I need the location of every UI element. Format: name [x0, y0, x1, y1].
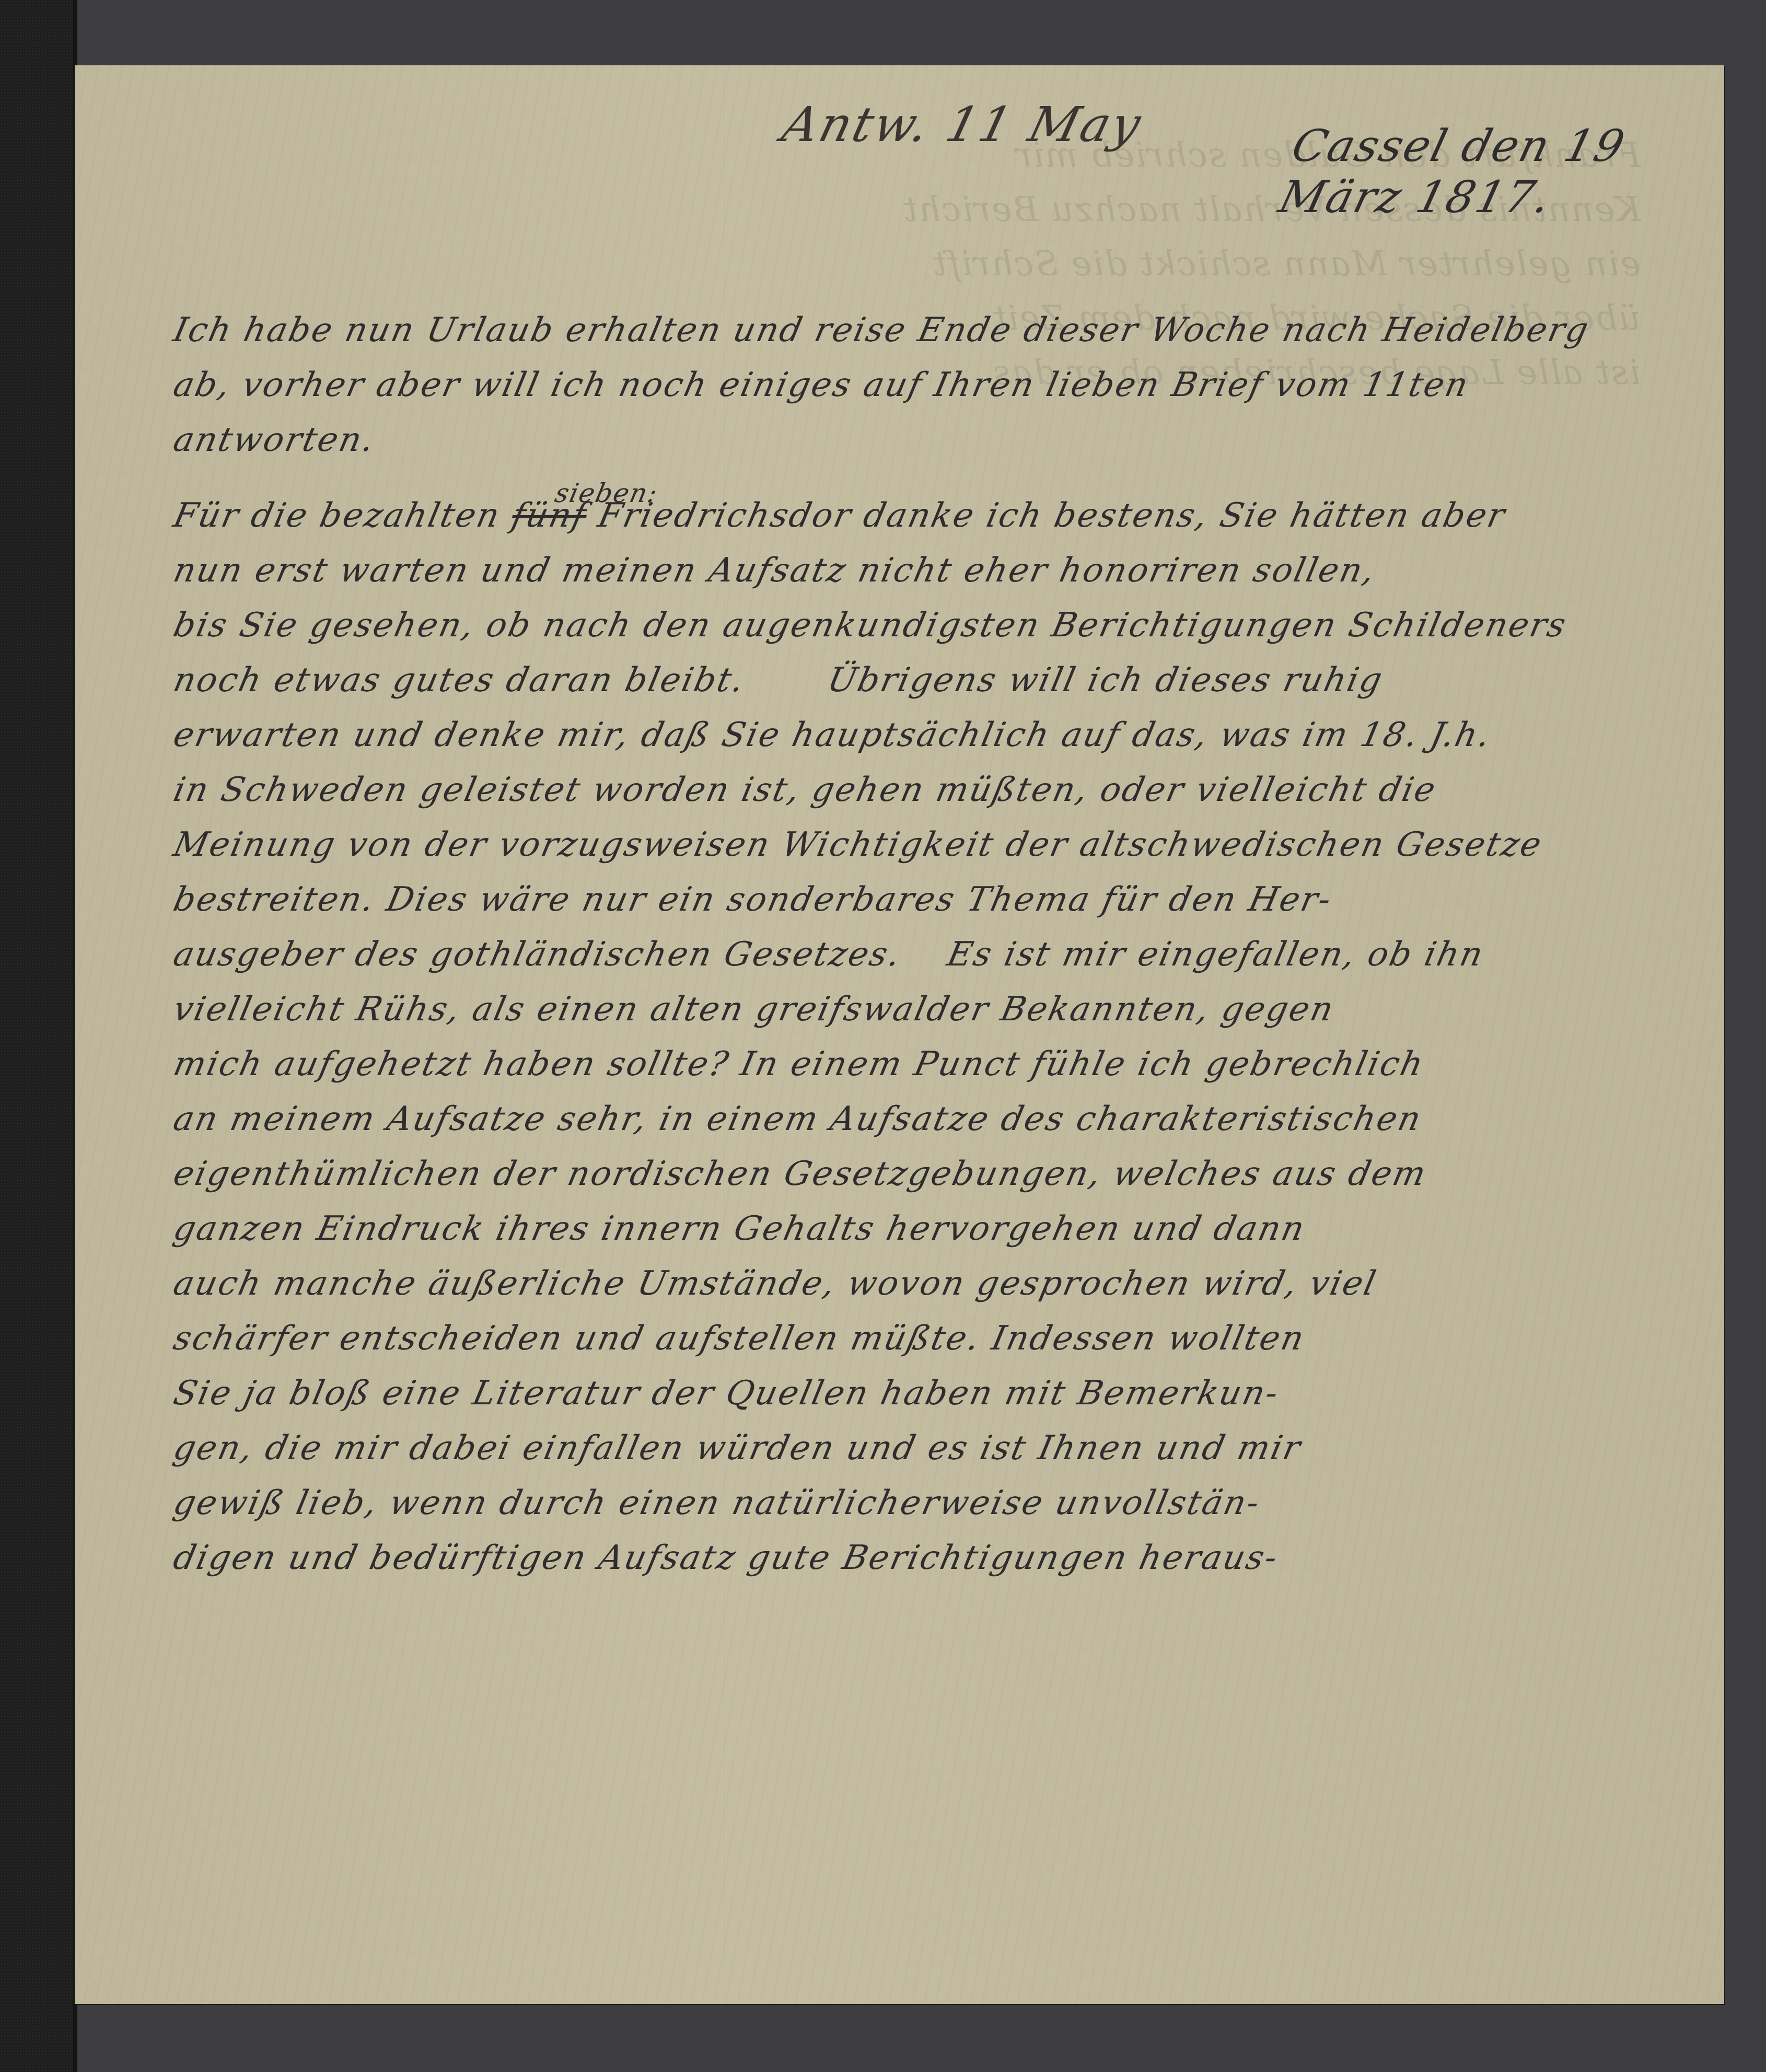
body-line-7-start: noch etwas gutes daran bleibt.: [170, 661, 749, 700]
body-line-1: Ich habe nun Urlaub erhalten und reise E…: [168, 303, 1726, 358]
body-line-12-end: Es ist mir eingefallen, ob ihn: [944, 935, 1488, 974]
body-line-14: mich aufgehetzt haben sollte? In einem P…: [168, 1037, 1726, 1092]
body-line-21: gen, die mir dabei einfallen würden und …: [168, 1421, 1726, 1476]
body-line-6: bis Sie gesehen, ob nach den augenkundig…: [168, 598, 1726, 653]
body-line-5: nun erst warten und meinen Aufsatz nicht…: [168, 543, 1726, 598]
body-line-19: schärfer entscheiden und aufstellen müßt…: [168, 1311, 1726, 1366]
body-line-4: Für die bezahlten fünf Friedrichsdor dan…: [168, 488, 1726, 543]
body-line-4-start: Für die bezahlten: [170, 496, 517, 535]
body-line-9: in Schweden geleistet worden ist, gehen …: [168, 763, 1726, 818]
body-line-7: noch etwas gutes daran bleibt.Übrigens w…: [168, 653, 1726, 708]
body-line-22: gewiß lieb, wenn durch einen natürlicher…: [168, 1476, 1726, 1531]
body-line-23: digen und bedürftigen Aufsatz gute Beric…: [168, 1531, 1726, 1586]
body-line-4-end: Friedrichsdor danke ich bestens, Sie hät…: [583, 496, 1509, 535]
body-line-3: antworten.: [168, 413, 1726, 468]
reply-annotation: Antw. 11 May: [777, 97, 1148, 153]
letter-body: Ich habe nun Urlaub erhalten und reise E…: [174, 303, 1721, 1586]
body-line-10: Meinung von der vorzugsweisen Wichtigkei…: [168, 818, 1726, 872]
body-line-13: vielleicht Rühs, als einen alten greifsw…: [168, 982, 1726, 1037]
letter-page: Frankfurt den Gulden schrieb mirKenntnis…: [75, 65, 1724, 2004]
body-line-18: auch manche äußerliche Umstände, wovon g…: [168, 1256, 1726, 1311]
body-line-12-start: ausgeber des gothländischen Gesetzes.: [170, 935, 905, 974]
body-line-2-text: ab, vorher aber will ich noch einiges au…: [170, 366, 1473, 404]
body-line-11: bestreiten. Dies wäre nur ein sonderbare…: [168, 872, 1726, 927]
body-line-7-end: Übrigens will ich dieses ruhig: [824, 661, 1387, 700]
body-line-16: eigenthümlichen der nordischen Gesetzgeb…: [168, 1147, 1726, 1202]
binding-strip: [0, 0, 73, 2072]
body-line-20: Sie ja bloß eine Literatur der Quellen h…: [168, 1366, 1726, 1421]
body-line-8: erwarten und denke mir, daß Sie hauptsäc…: [168, 708, 1726, 763]
place-date: Cassel den 19 März 1817.: [1274, 120, 1737, 223]
body-line-12: ausgeber des gothländischen Gesetzes.Es …: [168, 927, 1726, 982]
body-line-15: an meinem Aufsatze sehr, in einem Aufsat…: [168, 1092, 1726, 1147]
body-line-17: ganzen Eindruck ihres innern Gehalts her…: [168, 1202, 1726, 1256]
struck-word: fünf: [508, 496, 591, 535]
body-line-2: ab, vorher aber will ich noch einiges au…: [168, 358, 1726, 413]
